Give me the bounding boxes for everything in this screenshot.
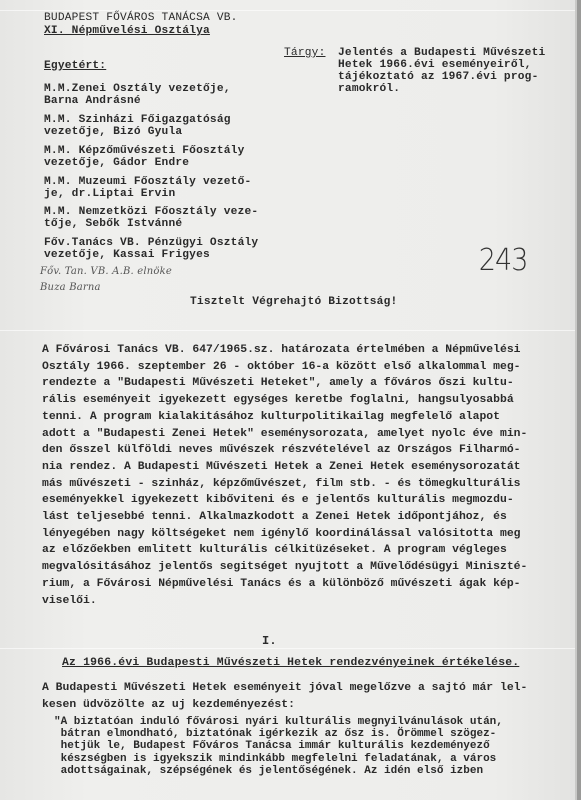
quote-line: készségben is igyekszik mindinkább megfe… xyxy=(54,753,496,765)
section-title: Az 1966.évi Budapesti Művészeti Hetek re… xyxy=(62,657,519,669)
paragraph-line: tenni. A program kialakitásához kulturpo… xyxy=(42,409,562,426)
subject-line: Jelentés a Budapesti Művészeti xyxy=(338,47,545,59)
subject-line: ramokról. xyxy=(338,83,400,95)
quote-line: adottságainak, szépségének és jelentőség… xyxy=(54,765,483,777)
paragraph-line: A Fővárosi Tanács VB. 647/1965.sz. határ… xyxy=(42,342,562,359)
paragraph-line: más művészeti - szinház, képzőművészet, … xyxy=(42,476,562,493)
agreement-entry: Barna Andrásné xyxy=(44,95,141,107)
page-number-handwritten: 243 xyxy=(479,243,528,278)
org-line-2: XI. Népművelési Osztálya xyxy=(44,25,210,37)
agreement-entry: Főv.Tanács VB. Pénzügyi Osztály xyxy=(44,237,258,249)
agreement-entry: je, dr.Liptai Ervin xyxy=(44,188,175,200)
agreement-entry: M.M.Zenei Osztály vezetője, xyxy=(44,83,231,95)
subject-label: Tárgy: xyxy=(284,47,325,59)
paragraph-line: kesen üdvözölte az uj kezdeményezést: xyxy=(42,697,562,714)
agreement-entry: M.M. Képzőművészeti Főosztály xyxy=(44,145,245,157)
paragraph-line: lényegében nagy költségeket nem igénylő … xyxy=(42,526,562,543)
quote-line: bátran elmondható, biztatónak igérkezik … xyxy=(54,728,496,740)
paragraph-line: az előzőekben emlitett kulturális célkit… xyxy=(42,542,562,559)
paragraph-line: rendezte a "Budapesti Művészeti Heteket"… xyxy=(42,375,562,392)
agreement-entry: M.M. Szinházi Főigazgatóság xyxy=(44,114,231,126)
paragraph-line: viselői. xyxy=(42,593,562,610)
handwritten-note: Buza Barna xyxy=(40,282,101,294)
agreement-entry: vezetője, Gádor Endre xyxy=(44,157,189,169)
agreement-entry: tője, Sebők Istvánné xyxy=(44,218,182,230)
quote-line: "A biztatóan induló fővárosi nyári kultu… xyxy=(54,716,503,728)
paragraph-line: megvalósitásához jelentős segitséget nyu… xyxy=(42,559,562,576)
scan-artifact xyxy=(0,10,581,11)
quote-line: hetjük le, Budapest Főváros Tanácsa immá… xyxy=(54,740,490,752)
paragraph-line: adott a "Budapesti Zenei Hetek" eseménys… xyxy=(42,426,562,443)
scan-artifact xyxy=(0,330,581,331)
paragraph-line: lást teljesebbé tenni. Alkalmazkodott a … xyxy=(42,509,562,526)
agreement-label: Egyetért: xyxy=(44,60,106,72)
paragraph-line: eseményekkel igyekezett kibőviteni és e … xyxy=(42,492,562,509)
subject-line: Hetek 1966.évi eseményeiről, xyxy=(338,59,532,71)
agreement-entry: vezetője, Bizó Gyula xyxy=(44,126,182,138)
page-edge xyxy=(577,0,581,800)
scan-artifact xyxy=(0,648,581,649)
handwritten-note: Főv. Tan. VB. A.B. elnöke xyxy=(40,266,172,278)
section-number: I. xyxy=(262,635,277,647)
paragraph-line: Osztály 1966. szeptember 26 - október 16… xyxy=(42,359,562,376)
paragraph-line: nia rendez. A Budapesti Művészeti Hetek … xyxy=(42,459,562,476)
agreement-entry: M.M. Nemzetközi Főosztály veze- xyxy=(44,206,258,218)
salutation: Tisztelt Végrehajtó Bizottság! xyxy=(190,296,397,308)
agreement-entry: vezetője, Kassai Frigyes xyxy=(44,249,210,261)
paragraph-line: den ősszel külföldi neves művészek részv… xyxy=(42,442,562,459)
document-page: BUDAPEST FŐVÁROS TANÁCSA VB. XI. Népműve… xyxy=(0,0,581,800)
org-line-1: BUDAPEST FŐVÁROS TANÁCSA VB. xyxy=(44,12,238,24)
paragraph-line: rium, a Fővárosi Népművelési Tanács és a… xyxy=(42,576,562,593)
agreement-entry: M.M. Muzeumi Főosztály vezető- xyxy=(44,176,251,188)
subject-line: tájékoztató az 1967.évi prog- xyxy=(338,71,539,83)
paragraph-line: rális eseményeit igyekezett egységes ker… xyxy=(42,392,562,409)
paragraph-line: A Budapesti Művészeti Hetek eseményeit j… xyxy=(42,680,562,697)
